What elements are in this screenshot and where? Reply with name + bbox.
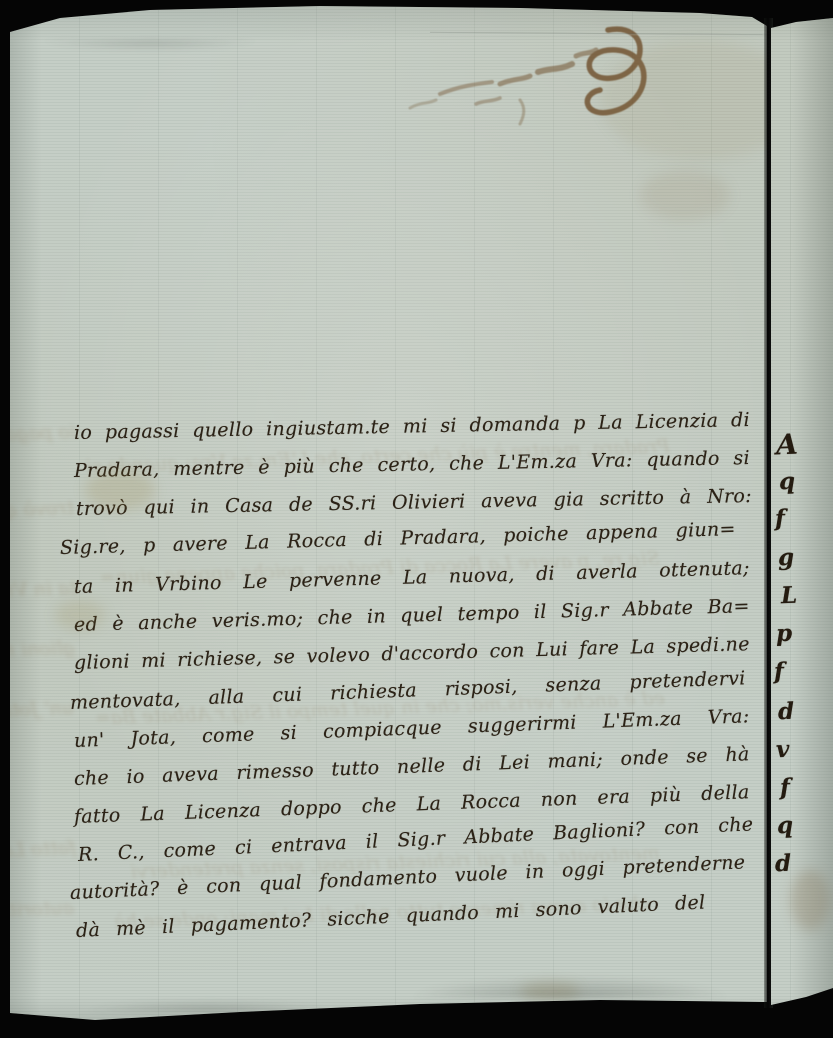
margin-smudge: io pagassi quello ingiustam.te mi si dom…: [4, 423, 77, 445]
letter-page: Pradara, mentre è più che certo, che L'E…: [0, 0, 833, 1038]
line-fragment: f: [780, 774, 791, 801]
stain: [790, 870, 830, 930]
line-fragment: q: [777, 812, 794, 840]
line-fragment: f: [775, 505, 786, 532]
line-fragment: g: [778, 544, 795, 572]
line-fragment: q: [779, 468, 796, 496]
manuscript-line: glioni mi richiese, se volevo d'accordo …: [74, 635, 750, 673]
margin-smudge: un' Jota, come si compiacque suggerirmi …: [2, 699, 75, 721]
bottom-crumple-shadow: [60, 994, 360, 1012]
line-fragment: L: [781, 582, 798, 610]
line-fragment: v: [776, 736, 790, 763]
manuscript-line: che io aveva rimesso tutto nelle di Lei …: [74, 745, 750, 789]
line-fragment: A: [775, 428, 798, 462]
line-fragment: f: [774, 658, 785, 685]
manuscript-line: trovò qui in Casa de SS.ri Olivieri avev…: [76, 487, 752, 519]
line-fragment: d: [775, 850, 792, 878]
stain: [55, 600, 105, 630]
stain: [640, 170, 730, 220]
line-fragment: d: [778, 698, 795, 726]
margin-smudge: trovò qui in Casa de SS.ri Olivieri avev…: [2, 499, 75, 521]
margin-smudge: autorità? è con qual fondamento vuole in…: [2, 899, 75, 921]
manuscript-scan: Pradara, mentre è più che certo, che L'E…: [0, 0, 833, 1038]
line-fragment: p: [776, 620, 793, 648]
margin-smudge: ta in Vrbino Le pervenne La nuova, di av…: [5, 579, 78, 601]
manuscript-line: ed è anche veris.mo; che in quel tempo i…: [74, 597, 750, 635]
margin-smudge: glioni mi richiese, se volevo d'accordo …: [3, 639, 76, 661]
stain: [85, 470, 155, 510]
top-crumple-shadow: [20, 40, 280, 56]
manuscript-line: dà mè il pagamento? sicche quando mi son…: [76, 893, 706, 941]
margin-smudge: fatto La Licenza doppo che La Rocca non …: [4, 839, 77, 861]
stain: [520, 982, 580, 1000]
